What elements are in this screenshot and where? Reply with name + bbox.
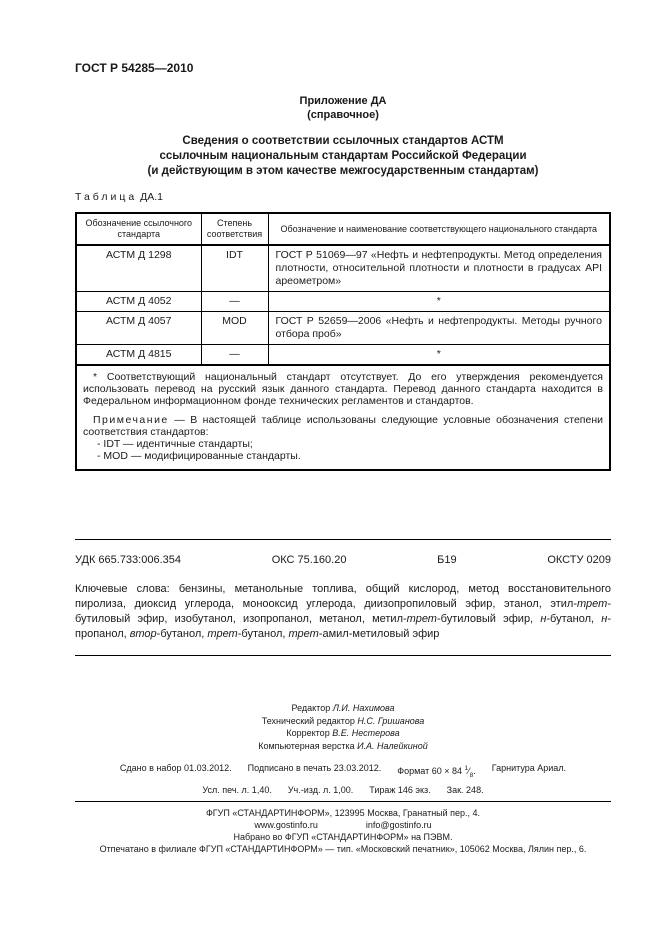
oks-code: ОКС 75.160.20 [272, 553, 347, 567]
divider-above-publisher [75, 801, 611, 802]
correspondence-table: Обозначение ссылочного стандарта Степень… [75, 212, 611, 471]
note-item-idt: - IDT — идентичные стандарты; [97, 438, 603, 450]
table-label: Таблица ДА.1 [75, 191, 611, 204]
credit-line-proofreader: Корректор В.Е. Нестерова [75, 727, 611, 740]
table-row: АСТМ Д 4057 MOD ГОСТ Р 52659—2006 «Нефть… [76, 312, 610, 345]
imprint-typeface: Гарнитура Ариал. [492, 761, 566, 783]
okstu-code: ОКСТУ 0209 [547, 553, 611, 567]
table-row: АСТМ Д 4052 — * [76, 292, 610, 312]
udk-code: УДК 665.733:006.354 [75, 553, 181, 567]
table-label-number: ДА.1 [140, 191, 163, 203]
footnote-cell: * Соответствующий национальный стандарт … [76, 365, 610, 470]
credit-line-technical-editor: Технический редактор Н.С. Гришанова [75, 715, 611, 728]
credits-block: Редактор Л.И. Нахимова Технический редак… [75, 702, 611, 752]
document-page: ГОСТ Р 54285—2010 Приложение ДА (справоч… [0, 0, 661, 936]
appendix-heading: Приложение ДА (справочное) [75, 94, 611, 122]
cell-degree: IDT [201, 245, 268, 292]
publisher-block: ФГУП «СТАНДАРТИНФОРМ», 123995 Москва, Гр… [75, 807, 611, 855]
table-label-word: Таблица [75, 191, 137, 203]
cell-reference: АСТМ Д 4815 [76, 345, 201, 366]
column-header-national: Обозначение и наименование соответствующ… [268, 213, 610, 245]
table-footnote-row: * Соответствующий национальный стандарт … [76, 365, 610, 470]
imprint-line-1: Сдано в набор 01.03.2012. Подписано в пе… [75, 761, 611, 783]
imprint-line-2: Усл. печ. л. 1,40. Уч.-изд. л. 1,00. Тир… [75, 783, 611, 798]
note-item-mod: - MOD — модифицированные стандарты. [97, 450, 603, 462]
title-line: Сведения о соответствии ссылочных станда… [75, 134, 611, 149]
imprint-signed-date: Подписано в печать 23.03.2012. [248, 761, 382, 783]
table-note: Примечание — В настоящей таблице использ… [83, 414, 603, 462]
table-row: АСТМ Д 4815 — * [76, 345, 610, 366]
credit-line-editor: Редактор Л.И. Нахимова [75, 702, 611, 715]
table-footnote: * Соответствующий национальный стандарт … [83, 371, 603, 407]
cell-degree: — [201, 292, 268, 312]
imprint-circulation: Тираж 146 экз. [369, 783, 430, 798]
imprint-print-sheets: Усл. печ. л. 1,40. [202, 783, 271, 798]
publisher-printed: Отпечатано в филиале ФГУП «СТАНДАРТИНФОР… [75, 843, 611, 855]
imprint-set-date: Сдано в набор 01.03.2012. [120, 761, 232, 783]
title-line: (и действующим в этом качестве межгосуда… [75, 164, 611, 179]
imprint-format: Формат 60 × 84 1⁄8. [397, 761, 476, 783]
note-intro: Примечание — В настоящей таблице использ… [83, 414, 603, 438]
classification-codes: УДК 665.733:006.354 ОКС 75.160.20 Б19 ОК… [75, 553, 611, 567]
cell-degree: — [201, 345, 268, 366]
imprint-publish-sheets: Уч.-изд. л. 1,00. [288, 783, 353, 798]
imprint-block: Сдано в набор 01.03.2012. Подписано в пе… [75, 761, 611, 798]
cell-reference: АСТМ Д 1298 [76, 245, 201, 292]
column-header-reference: Обозначение ссылочного стандарта [76, 213, 201, 245]
cell-degree: MOD [201, 312, 268, 345]
cell-national: ГОСТ Р 52659—2006 «Нефть и нефтепродукты… [268, 312, 610, 345]
title-line: ссылочным национальным стандартам Россий… [75, 149, 611, 164]
table-header-row: Обозначение ссылочного стандарта Степень… [76, 213, 610, 245]
cell-reference: АСТМ Д 4052 [76, 292, 201, 312]
document-title: Сведения о соответствии ссылочных станда… [75, 134, 611, 179]
table-row: АСТМ Д 1298 IDT ГОСТ Р 51069—97 «Нефть и… [76, 245, 610, 292]
group-code: Б19 [437, 553, 456, 567]
appendix-type: (справочное) [75, 108, 611, 122]
divider-above-credits [75, 655, 611, 656]
publisher-email: info@gostinfo.ru [366, 819, 432, 831]
credit-line-layout: Компьютерная верстка И.А. Налейкиной [75, 740, 611, 753]
imprint-order: Зак. 248. [447, 783, 484, 798]
cell-national: * [268, 292, 610, 312]
publisher-website: www.gostinfo.ru [254, 819, 318, 831]
keywords-paragraph: Ключевые слова: бензины, метанольные топ… [75, 582, 611, 642]
column-header-degree: Степень соответствия [201, 213, 268, 245]
divider-above-codes [75, 539, 611, 540]
cell-national: * [268, 345, 610, 366]
appendix-label: Приложение ДА [75, 94, 611, 108]
cell-national: ГОСТ Р 51069—97 «Нефть и нефтепродукты. … [268, 245, 610, 292]
doc-code: ГОСТ Р 54285—2010 [75, 62, 611, 75]
note-label: Примечание [93, 414, 169, 426]
publisher-typeset: Набрано во ФГУП «СТАНДАРТИНФОРМ» на ПЭВМ… [75, 831, 611, 843]
cell-reference: АСТМ Д 4057 [76, 312, 201, 345]
publisher-address: ФГУП «СТАНДАРТИНФОРМ», 123995 Москва, Гр… [75, 807, 611, 819]
publisher-contacts: www.gostinfo.ru info@gostinfo.ru [75, 819, 611, 831]
